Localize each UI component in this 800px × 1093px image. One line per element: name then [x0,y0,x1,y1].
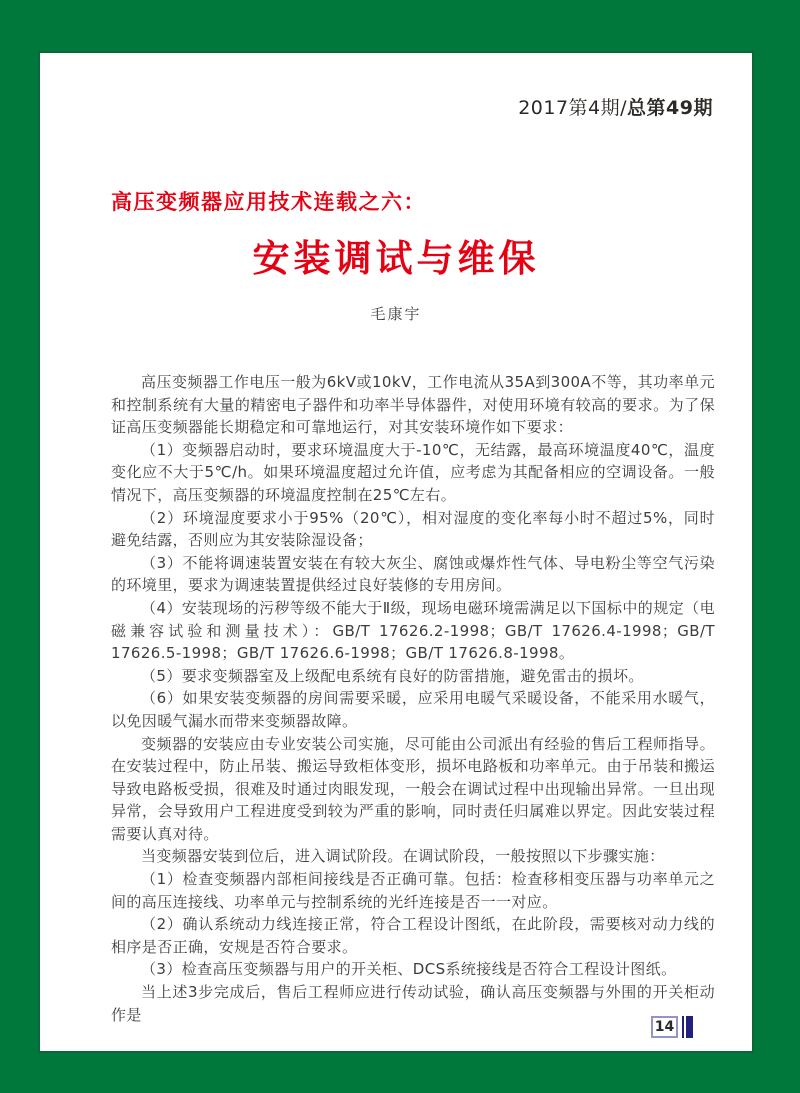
page-footer: 14 [651,1016,693,1038]
issue-info: 2017第4期/总第49期 [518,93,713,120]
footer-bar-thin [682,1016,684,1038]
issue-info-bold: 总第49期 [627,97,713,119]
author-name: 毛康宇 [40,303,752,324]
paragraph: 当上述3步完成后，售后工程师应进行传动试验，确认高压变频器与外围的开关柜动作是 [111,981,715,1026]
article-body: 高压变频器工作电压一般为6kV或10kV，工作电流从35A到300A不等，其功率… [111,371,715,1026]
paragraph: （1）变频器启动时，要求环境温度大于-10℃，无结露，最高环境温度40℃，温度变… [111,439,715,507]
paragraph: （1）检查变频器内部柜间接线是否正确可靠。包括：检查移相变压器与功率单元之间的高… [111,868,715,913]
paragraph: （6）如果安装变频器的房间需要采暖，应采用电暖气采暖设备，不能采用水暖气，以免因… [111,687,715,732]
paragraph: 当变频器安装到位后，进入调试阶段。在调试阶段，一般按照以下步骤实施： [111,845,715,868]
paragraph: （5）要求变频器室及上级配电系统有良好的防雷措施，避免雷击的损坏。 [111,665,715,688]
paragraph: （2）确认系统动力线连接正常，符合工程设计图纸，在此阶段，需要核对动力线的相序是… [111,913,715,958]
paragraph: （3）检查高压变频器与用户的开关柜、DCS系统接线是否符合工程设计图纸。 [111,958,715,981]
article-title: 安装调试与维保 [40,228,752,282]
issue-info-regular: 2017第4期/ [518,97,627,119]
page-number-box: 14 [651,1016,678,1038]
series-title: 高压变频器应用技术连载之六： [111,186,426,216]
paragraph: （2）环境湿度要求小于95%（20℃），相对湿度的变化率每小时不超过5%，同时避… [111,507,715,552]
page-number: 14 [655,1019,674,1035]
paragraph: 变频器的安装应由专业安装公司实施，尽可能由公司派出有经验的售后工程师指导。在安装… [111,733,715,846]
paragraph: （3）不能将调速装置安装在有较大灰尘、腐蚀或爆炸性气体、导电粉尘等空气污染的环境… [111,552,715,597]
paragraph: 高压变频器工作电压一般为6kV或10kV，工作电流从35A到300A不等，其功率… [111,371,715,439]
paragraph: （4）安装现场的污秽等级不能大于Ⅱ级，现场电磁环境需满足以下国标中的规定（电磁兼… [111,597,715,665]
footer-bar-thick [686,1016,693,1038]
magazine-page: 2017第4期/总第49期 高压变频器应用技术连载之六： 安装调试与维保 毛康宇… [40,53,752,1051]
